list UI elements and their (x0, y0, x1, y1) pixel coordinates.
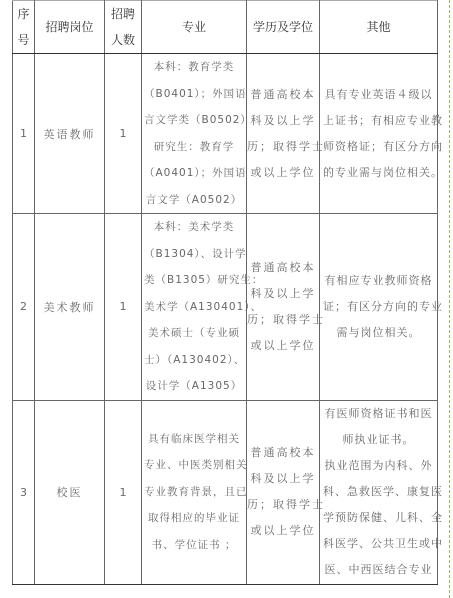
major-line: 设计学（A1305） (144, 373, 244, 400)
major-line: 研究生：教育学 (144, 134, 244, 161)
major-line: 专业教育背景，且已 (144, 479, 244, 506)
other-line: 具有专业英语４级以 (323, 82, 434, 108)
recruitment-table: 序 号 招聘岗位 招聘 人数 专业 学历及学位 其他 1 英语教师 1 本科：教… (12, 0, 438, 585)
other-line: 学预防保健、儿科、全 (323, 505, 434, 531)
education-line: 历；取得学士 (247, 307, 319, 333)
cell-seq: 3 (13, 400, 35, 584)
cell-education: 普通高校本 科及以上学 历；取得学士 或以上学位 (247, 400, 320, 584)
header-row: 序 号 招聘岗位 招聘 人数 专业 学历及学位 其他 (13, 1, 438, 54)
education-line: 或以上学位 (247, 160, 319, 186)
cell-major: 本科：美术学类 （B1304）、设计学 类（B1305）研究生： 美术学（A13… (142, 214, 247, 401)
major-line: 言文学类（B0502） (144, 107, 244, 134)
major-line: （A0401）；外国语 (144, 160, 244, 187)
header-other: 其他 (320, 1, 438, 54)
cell-seq: 2 (13, 214, 35, 401)
cell-education: 普通高校本 科及以上学 历；取得学士 或以上学位 (247, 214, 320, 401)
other-line: 的专业需与岗位相关。 (323, 160, 434, 186)
cell-other: 有医师资格证书和医 师执业证书。 执业范围为内科、外 科、急救医学、康复医 学预… (320, 400, 438, 584)
other-line: 执业范围为内科、外 (323, 453, 434, 479)
other-line: 有相应专业教师资格 (323, 268, 434, 294)
education-line: 历；取得学士 (247, 492, 319, 518)
education-line: 或以上学位 (247, 518, 319, 544)
cell-other: 有相应专业教师资格 证；有区分方向的专业 需与岗位相关。 (320, 214, 438, 401)
cell-position: 美术教师 (35, 214, 105, 401)
header-seq: 序 号 (13, 1, 35, 54)
header-count: 招聘 人数 (105, 1, 142, 54)
other-line: 师执业证书。 (323, 427, 434, 453)
table-row: 3 校医 1 具有临床医学相关 专业、中医类别相关 专业教育背景，且已 取得相应… (13, 400, 438, 584)
major-line: 本科：美术学类 (144, 214, 244, 241)
header-seq-line1: 序 (13, 1, 34, 27)
education-line: 科及以上学 (247, 466, 319, 492)
major-line: 书、学位证书 ； (144, 532, 244, 559)
cell-count: 1 (105, 214, 142, 401)
table-row: 1 英语教师 1 本科：教育学类 （B0401）；外国语 言文学类（B0502）… (13, 54, 438, 214)
education-line: 科及以上学 (247, 108, 319, 134)
other-line: 证；有区分方向的专业 (323, 294, 434, 320)
other-line: 需与岗位相关。 (323, 320, 434, 346)
other-line: 有医师资格证书和医 (323, 401, 434, 427)
other-line: 上证书；有相应专业教 (323, 108, 434, 134)
education-line: 普通高校本 (247, 255, 319, 281)
cell-major: 具有临床医学相关 专业、中医类别相关 专业教育背景，且已 取得相应的毕业证 书、… (142, 400, 247, 584)
header-major: 专业 (142, 1, 247, 54)
cell-education: 普通高校本 科及以上学 历；取得学士 或以上学位 (247, 54, 320, 214)
table-row: 2 美术教师 1 本科：美术学类 （B1304）、设计学 类（B1305）研究生… (13, 214, 438, 401)
header-count-line2: 人数 (105, 27, 141, 53)
other-line: 科医学、公共卫生或中 (323, 531, 434, 557)
cell-position: 校医 (35, 400, 105, 584)
major-line: 具有临床医学相关 (144, 426, 244, 453)
header-seq-line2: 号 (13, 27, 34, 53)
major-line: （B0401）；外国语 (144, 81, 244, 108)
other-line: 师资格证；有区分方向 (323, 134, 434, 160)
education-line: 或以上学位 (247, 333, 319, 359)
cell-other: 具有专业英语４级以 上证书；有相应专业教 师资格证；有区分方向 的专业需与岗位相… (320, 54, 438, 214)
cell-count: 1 (105, 400, 142, 584)
major-line: 类（B1305）研究生： (144, 267, 244, 294)
major-line: （B1304）、设计学 (144, 241, 244, 268)
header-position: 招聘岗位 (35, 1, 105, 54)
other-line: 科、急救医学、康复医 (323, 479, 434, 505)
major-line: 美术学（A130401）、 (144, 294, 244, 321)
major-line: 专业、中医类别相关 (144, 452, 244, 479)
header-education: 学历及学位 (247, 1, 320, 54)
other-line: 医、中西医结合专业 (323, 557, 434, 583)
cell-major: 本科：教育学类 （B0401）；外国语 言文学类（B0502） 研究生：教育学 … (142, 54, 247, 214)
education-line: 历；取得学士 (247, 134, 319, 160)
education-line: 科及以上学 (247, 281, 319, 307)
major-line: 本科：教育学类 (144, 54, 244, 81)
major-line: 美术硕士（专业硕 (144, 320, 244, 347)
cell-count: 1 (105, 54, 142, 214)
education-line: 普通高校本 (247, 440, 319, 466)
cell-position: 英语教师 (35, 54, 105, 214)
page-margin-guide (449, 0, 450, 598)
major-line: 士）（A130402）、 (144, 347, 244, 374)
education-line: 普通高校本 (247, 82, 319, 108)
cell-seq: 1 (13, 54, 35, 214)
major-line: 言文学（A0502） (144, 187, 244, 214)
header-count-line1: 招聘 (105, 1, 141, 27)
major-line: 取得相应的毕业证 (144, 505, 244, 532)
